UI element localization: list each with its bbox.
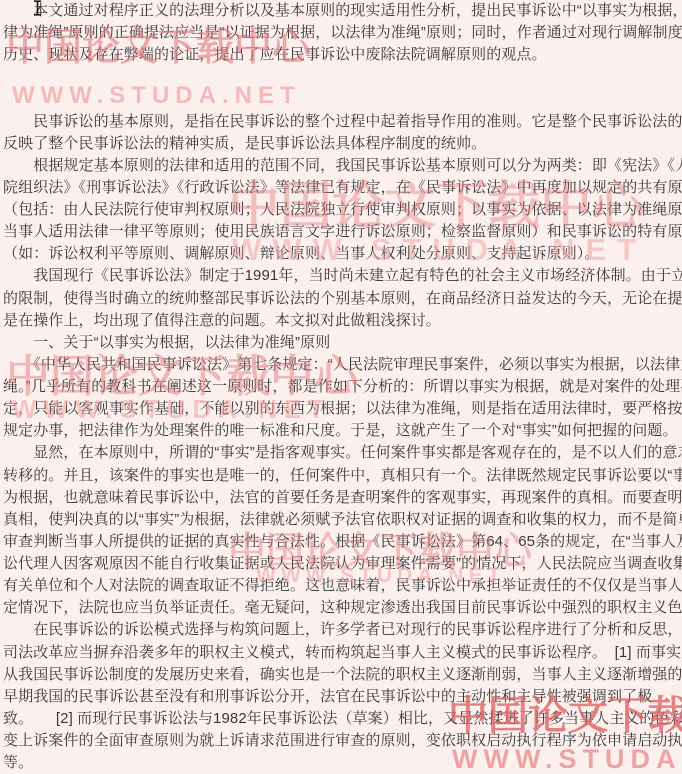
text-line: 显然，在本原则中，所谓的“事实”是指客观事实。任何案件事实都是客观存在的，是不以… [3,442,682,464]
text-line: 规定办事，把法律作为处理案件的唯一标准和尺度。于是，这就产生了一个对“事实”如何… [3,420,682,442]
text-line: 当事人适用法律一律平等原则；使用民族语言文字进行诉讼原则；检察监督原则）和民事诉… [3,221,682,243]
document-text: 本文通过对程序正义的法理分析以及基本原则的现实适用性分析，提出民事诉讼中“以事实… [3,0,682,774]
text-line: 律为准绳”原则的正确提法应当是“以证据为根据，以法律为准绳”原则；同时，作者通过… [3,22,682,44]
text-line: 院组织法》《刑事诉讼法》《行政诉讼法》等法律已有规定，在《民事诉讼法》中再度加以… [3,177,682,199]
text-line: 早期我国的民事诉讼甚至没有和刑事诉讼分开，法官在民事诉讼中的主动性和主导性被强调… [3,686,682,708]
text-line [3,88,682,110]
text-line: 为根据，也就意味着民事诉讼中，法官的首要任务是查明案件的客观事实，再现案件的真相… [3,487,682,509]
text-line: 一、关于“以事实为根据，以法律为准绳”原则 [3,332,682,354]
text-line: 真相，使判决真的以“事实”为根据，法律就必须赋予法官依职权对证据的调查和收集的权… [3,509,682,531]
text-line: 绳。”几乎所有的教科书在阐述这一原则时，都是作如下分析的：所谓以事实为根据，就是… [3,376,682,398]
text-line: 根据规定基本原则的法律和适用的范围不同，我国民事诉讼基本原则可以分为两类：即《宪… [3,155,682,177]
text-line [3,66,682,88]
text-line: 本文通过对程序正义的法理分析以及基本原则的现实适用性分析，提出民事诉讼中“以事实… [3,0,682,22]
text-line: 民事诉讼的基本原则，是指在民事诉讼的整个过程中起着指导作用的准则。它是整个民事诉… [3,111,682,133]
text-line: 的限制，使得当时确立的统帅整部民事诉讼法的个别基本原则，在商品经济日益发达的今天… [3,288,682,310]
text-line: 反映了整个民事诉讼法的精神实质，是民事诉讼法具体程序制度的统帅。 [3,133,682,155]
text-line: 在民事诉讼的诉讼模式选择与构筑问题上，许多学者已对现行的民事诉讼程序进行了分析和… [3,619,682,641]
text-line: 等。 [3,752,682,774]
document-page: 本文通过对程序正义的法理分析以及基本原则的现实适用性分析，提出民事诉讼中“以事实… [0,0,682,774]
text-line: 是在操作上，均出现了值得注意的问题。本文拟对此做粗浅探讨。 [3,310,682,332]
text-cursor-icon [31,0,44,16]
text-line: （包括：由人民法院行使审判权原则；人民法院独立行使审判权原则；以事实为依据、以法… [3,199,682,221]
text-line: 致。 [2] 而现行民事诉讼法与1982年民事诉讼法（草案）相比，又显然揉进了许… [3,708,682,730]
text-line: 审查判断当事人所提供的证据的真实性与合法性。根据《民事诉讼法》第64、65条的规… [3,531,682,553]
text-line: 讼代理人因客观原因不能自行收集证据或人民法院认为审理案件需要”的情况下，人民法院… [3,553,682,575]
text-line: 有关单位和个人对法院的调查取证不得拒绝。这也意味着，民事诉讼中承担举证责任的不仅… [3,575,682,597]
text-line: 从我国民事诉讼制度的发展历史来看，确实也是一个法院的职权主义逐渐削弱，当事人主义… [3,664,682,686]
text-line: （如：诉讼权利平等原则、调解原则、辩论原则、当事人权利处分原则、支持起诉原则）。 [3,243,682,265]
text-line: 历史、现状及存在弊端的论证，提出了应在民事诉讼中废除法院调解原则的观点。 [3,44,682,66]
text-line: 变上诉案件的全面审查原则为就上诉请求范围进行审查的原则，变依职权启动执行程序为依… [3,730,682,752]
text-line: 转移的。并且，该案件的事实也是唯一的，任何案件中，真相只有一个。法律既然规定民事… [3,465,682,487]
text-line: 司法改革应当摒弃沿袭多年的职权主义模式，转而构筑起当事人主义模式的民事诉讼程序。… [3,642,682,664]
text-line: 《中华人民共和国民事诉讼法》第七条规定：“人民法院审理民事案件，必须以事实为根据… [3,354,682,376]
text-line: 定，只能以客观事实作基础，不能以别的东西为根据；以法律为准绳，则是指在适用法律时… [3,398,682,420]
text-line: 我国现行《民事诉讼法》制定于1991年，当时尚未建立起有特色的社会主义市场经济体… [3,265,682,287]
text-line: 定情况下，法院也应当负举证责任。毫无疑问，这种规定渗透出我国目前民事诉讼中强烈的… [3,597,682,619]
